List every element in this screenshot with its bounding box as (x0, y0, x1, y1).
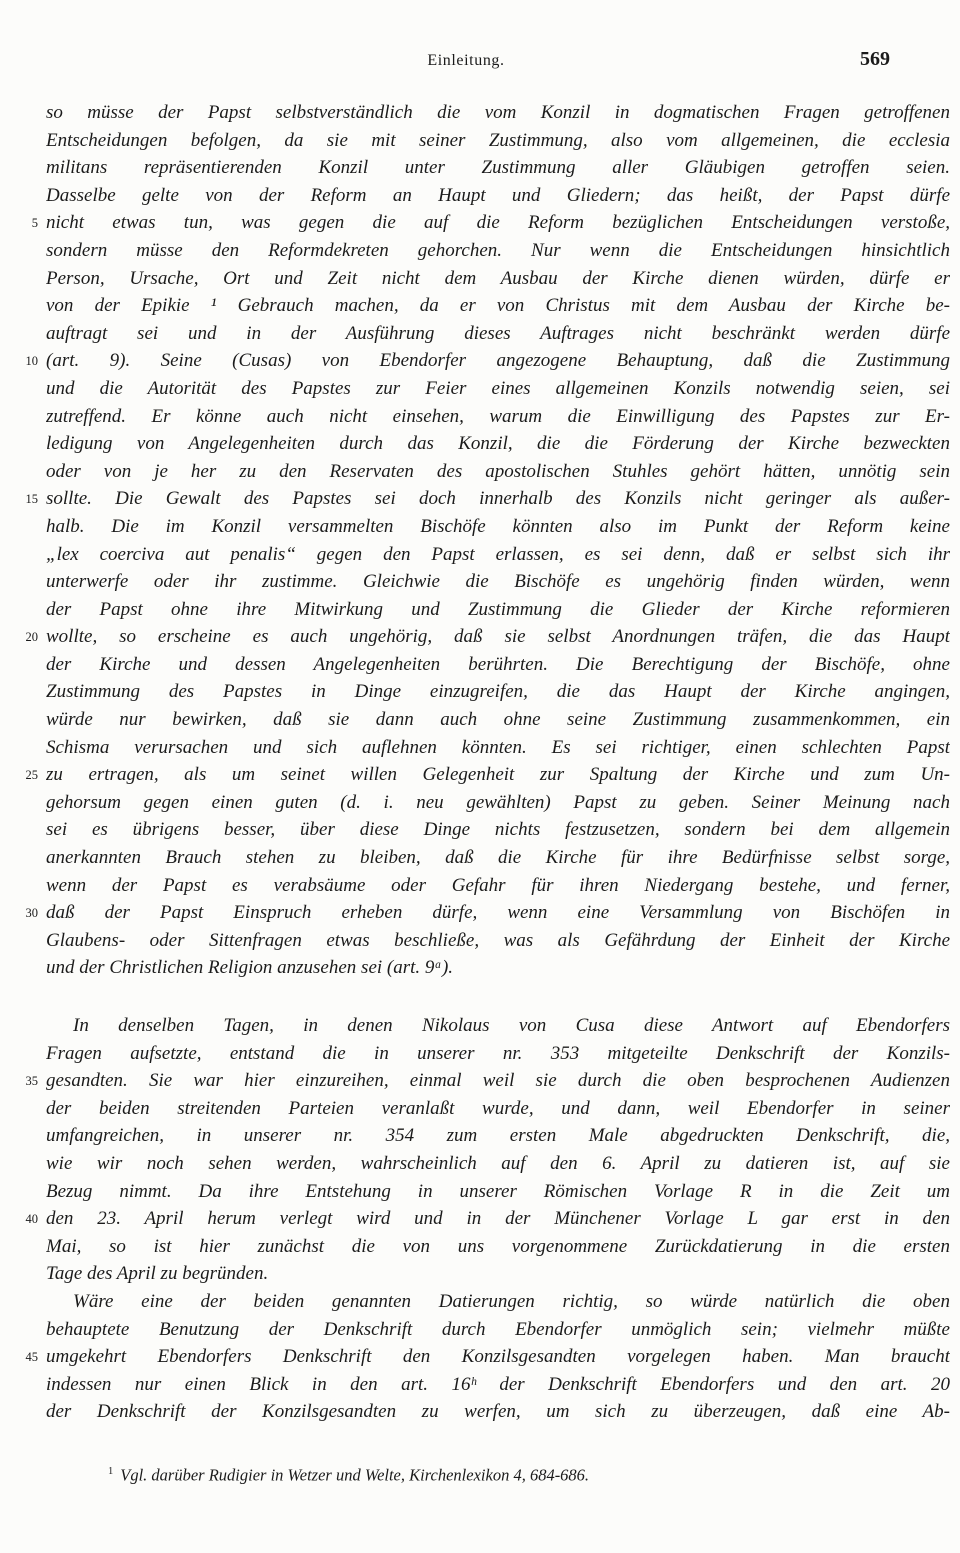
line-text: zu ertragen, als um seinet willen Gelege… (46, 761, 950, 789)
footnote-marker: 1 (108, 1466, 113, 1477)
line-text: Bezug nimmt. Da ihre Entstehung in unser… (46, 1178, 950, 1206)
text-line: oder von je her zu den Reservaten des ap… (46, 458, 950, 486)
text-line: „lex coerciva aut penalis“ gegen den Pap… (46, 541, 950, 569)
line-text: der Kirche und dessen Angelegenheiten be… (46, 651, 950, 679)
line-text: umgekehrt Ebendorfers Denkschrift den Ko… (46, 1343, 950, 1371)
line-text: Glaubens- oder Sittenfragen etwas beschl… (46, 927, 950, 955)
line-text: gesandten. Sie war hier einzureihen, ein… (46, 1067, 950, 1095)
text-line: Schisma verursachen und sich auflehnen k… (46, 734, 950, 762)
text-line: und die Autorität des Papstes zur Feier … (46, 375, 950, 403)
line-text: ledigung von Angelegenheiten durch das K… (46, 430, 950, 458)
text-line: Wäre eine der beiden genannten Datierung… (46, 1288, 950, 1316)
text-line: Entscheidungen befolgen, da sie mit sein… (46, 127, 950, 155)
paragraph: Wäre eine der beiden genannten Datierung… (46, 1288, 950, 1426)
page-number: 569 (860, 48, 890, 71)
text-line: der Papst ohne ihre Mitwirkung und Zusti… (46, 596, 950, 624)
margin-line-number: 5 (22, 210, 38, 238)
text-line: der Kirche und dessen Angelegenheiten be… (46, 651, 950, 679)
line-text: Zustimmung des Papstes in Dinge einzugre… (46, 678, 950, 706)
text-line: wenn der Papst es verabsäume oder Gefahr… (46, 872, 950, 900)
margin-line-number: 30 (22, 900, 38, 928)
line-text: wenn der Papst es verabsäume oder Gefahr… (46, 872, 950, 900)
text-line: 10(art. 9). Seine (Cusas) von Ebendorfer… (46, 347, 950, 375)
footnote-text: Vgl. darüber Rudigier in Wetzer und Welt… (120, 1466, 589, 1485)
text-line: 35gesandten. Sie war hier einzureihen, e… (46, 1067, 950, 1095)
line-text: würde nur bewirken, daß sie dann auch oh… (46, 706, 950, 734)
running-title: Einleitung. (0, 52, 932, 70)
margin-line-number: 40 (22, 1206, 38, 1234)
line-text: nicht etwas tun, was gegen die auf die R… (46, 209, 950, 237)
text-line: Person, Ursache, Ort und Zeit nicht dem … (46, 265, 950, 293)
text-line: 25zu ertragen, als um seinet willen Gele… (46, 761, 950, 789)
line-text: Mai, so ist hier zunächst die von uns vo… (46, 1233, 950, 1261)
text-line: Fragen aufsetzte, entstand die in unsere… (46, 1040, 950, 1068)
margin-line-number: 20 (22, 624, 38, 652)
line-text: der Papst ohne ihre Mitwirkung und Zusti… (46, 596, 950, 624)
text-line: 45umgekehrt Ebendorfers Denkschrift den … (46, 1343, 950, 1371)
line-text: der Denkschrift der Konzilsgesandten zu … (46, 1398, 950, 1426)
text-line: 40den 23. April herum verlegt wird und i… (46, 1205, 950, 1233)
line-text: auftragt sei und in der Ausführung diese… (46, 320, 950, 348)
text-line: indessen nur einen Blick in den art. 16ʰ… (46, 1371, 950, 1399)
text-line: der beiden streitenden Parteien veranlaß… (46, 1095, 950, 1123)
margin-line-number: 25 (22, 762, 38, 790)
text-line: militans repräsentierenden Konzil unter … (46, 154, 950, 182)
text-line: 20wollte, so erscheine es auch ungehörig… (46, 623, 950, 651)
text-line: gehorsum gegen einen guten (d. i. neu ge… (46, 789, 950, 817)
paragraph: In denselben Tagen, in denen Nikolaus vo… (46, 1012, 950, 1288)
line-text: behauptete Benutzung der Denkschrift dur… (46, 1316, 950, 1344)
line-text: sollte. Die Gewalt des Papstes sei doch … (46, 485, 950, 513)
text-line: der Denkschrift der Konzilsgesandten zu … (46, 1398, 950, 1426)
text-line: auftragt sei und in der Ausführung diese… (46, 320, 950, 348)
text-line: ledigung von Angelegenheiten durch das K… (46, 430, 950, 458)
text-line: Bezug nimmt. Da ihre Entstehung in unser… (46, 1178, 950, 1206)
line-text: „lex coerciva aut penalis“ gegen den Pap… (46, 541, 950, 569)
line-text: militans repräsentierenden Konzil unter … (46, 154, 950, 182)
text-line: 15sollte. Die Gewalt des Papstes sei doc… (46, 485, 950, 513)
text-column: so müsse der Papst selbstverständlich di… (46, 99, 950, 1426)
text-line: 30daß der Papst Einspruch erheben dürfe,… (46, 899, 950, 927)
line-text: indessen nur einen Blick in den art. 16ʰ… (46, 1371, 950, 1399)
text-line: sondern müsse den Reformdekreten gehorch… (46, 237, 950, 265)
text-line: Mai, so ist hier zunächst die von uns vo… (46, 1233, 950, 1261)
line-text: Tage des April zu begründen. (46, 1260, 950, 1288)
text-line: zutreffend. Er könne auch nicht einsehen… (46, 403, 950, 431)
line-text: sondern müsse den Reformdekreten gehorch… (46, 237, 950, 265)
line-text: daß der Papst Einspruch erheben dürfe, w… (46, 899, 950, 927)
margin-line-number: 15 (22, 486, 38, 514)
text-line: halb. Die im Konzil versammelten Bischöf… (46, 513, 950, 541)
text-line: würde nur bewirken, daß sie dann auch oh… (46, 706, 950, 734)
text-line: Tage des April zu begründen. (46, 1260, 950, 1288)
line-text: oder von je her zu den Reservaten des ap… (46, 458, 950, 486)
text-line: Glaubens- oder Sittenfragen etwas beschl… (46, 927, 950, 955)
line-text: Fragen aufsetzte, entstand die in unsere… (46, 1040, 950, 1068)
line-text: Dasselbe gelte von der Reform an Haupt u… (46, 182, 950, 210)
line-text: Entscheidungen befolgen, da sie mit sein… (46, 127, 950, 155)
text-line: von der Epikie ¹ Gebrauch machen, da er … (46, 292, 950, 320)
line-text: der beiden streitenden Parteien veranlaß… (46, 1095, 950, 1123)
text-line: 5nicht etwas tun, was gegen die auf die … (46, 209, 950, 237)
line-text: In denselben Tagen, in denen Nikolaus vo… (46, 1012, 950, 1040)
line-text: gehorsum gegen einen guten (d. i. neu ge… (46, 789, 950, 817)
text-line: umfangreichen, in unserer nr. 354 zum er… (46, 1122, 950, 1150)
line-text: Person, Ursache, Ort und Zeit nicht dem … (46, 265, 950, 293)
text-line: behauptete Benutzung der Denkschrift dur… (46, 1316, 950, 1344)
line-text: und der Christlichen Religion anzusehen … (46, 954, 950, 982)
line-text: zutreffend. Er könne auch nicht einsehen… (46, 403, 950, 431)
line-text: unterwerfe oder ihr zustimme. Gleichwie … (46, 568, 950, 596)
line-text: wie wir noch sehen werden, wahrscheinlic… (46, 1150, 950, 1178)
margin-line-number: 35 (22, 1068, 38, 1096)
text-line: Zustimmung des Papstes in Dinge einzugre… (46, 678, 950, 706)
footnote: 1Vgl. darüber Rudigier in Wetzer und Wel… (108, 1460, 808, 1488)
line-text: sei es übrigens besser, über diese Dinge… (46, 816, 950, 844)
text-line: und der Christlichen Religion anzusehen … (46, 954, 950, 982)
line-text: anerkannten Brauch stehen zu bleiben, da… (46, 844, 950, 872)
text-line: Dasselbe gelte von der Reform an Haupt u… (46, 182, 950, 210)
paragraph: so müsse der Papst selbstverständlich di… (46, 99, 950, 982)
line-text: halb. Die im Konzil versammelten Bischöf… (46, 513, 950, 541)
text-line: so müsse der Papst selbstverständlich di… (46, 99, 950, 127)
text-line: wie wir noch sehen werden, wahrscheinlic… (46, 1150, 950, 1178)
book-page: Einleitung. 569 so müsse der Papst selbs… (0, 0, 960, 1553)
line-text: den 23. April herum verlegt wird und in … (46, 1205, 950, 1233)
text-line: In denselben Tagen, in denen Nikolaus vo… (46, 1012, 950, 1040)
margin-line-number: 10 (22, 348, 38, 376)
text-line: anerkannten Brauch stehen zu bleiben, da… (46, 844, 950, 872)
line-text: von der Epikie ¹ Gebrauch machen, da er … (46, 292, 950, 320)
line-text: wollte, so erscheine es auch ungehörig, … (46, 623, 950, 651)
line-text: und die Autorität des Papstes zur Feier … (46, 375, 950, 403)
line-text: (art. 9). Seine (Cusas) von Ebendorfer a… (46, 347, 950, 375)
line-text: umfangreichen, in unserer nr. 354 zum er… (46, 1122, 950, 1150)
line-text: Wäre eine der beiden genannten Datierung… (46, 1288, 950, 1316)
margin-line-number: 45 (22, 1344, 38, 1372)
text-line: unterwerfe oder ihr zustimme. Gleichwie … (46, 568, 950, 596)
line-text: so müsse der Papst selbstverständlich di… (46, 99, 950, 127)
line-text: Schisma verursachen und sich auflehnen k… (46, 734, 950, 762)
text-line: sei es übrigens besser, über diese Dinge… (46, 816, 950, 844)
